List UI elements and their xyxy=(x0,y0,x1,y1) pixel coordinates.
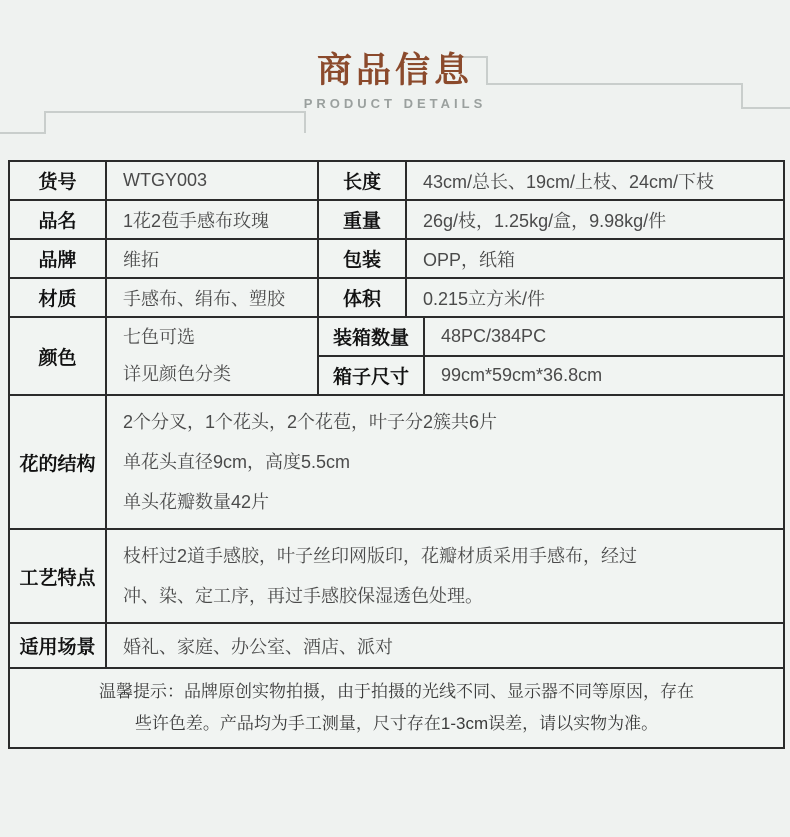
craft-line-1: 枝杆过2道手感胶，叶子丝印网版印，花瓣材质采用手感布，经过 xyxy=(123,536,783,576)
spec-label-weight: 重量 xyxy=(318,200,406,239)
spec-label-packaging: 包装 xyxy=(318,239,406,278)
spec-value-length: 43cm/总长、19cm/上枝、24cm/下枝 xyxy=(406,161,784,200)
spec-value-color: 七色可选 详见颜色分类 xyxy=(106,317,318,395)
spec-label-carton-quantity: 装箱数量 xyxy=(318,317,424,356)
structure-line-3: 单头花瓣数量42片 xyxy=(123,482,783,522)
page-header: 商品信息 PRODUCT DETAILS xyxy=(0,48,790,111)
page-subtitle: PRODUCT DETAILS xyxy=(0,96,790,111)
notice-text: 温馨提示：品牌原创实物拍摄，由于拍摄的光线不同、显示器不同等原因，存在 些许色差… xyxy=(9,668,784,748)
spec-label-volume: 体积 xyxy=(318,278,406,317)
spec-label-length: 长度 xyxy=(318,161,406,200)
table-row: 工艺特点 枝杆过2道手感胶，叶子丝印网版印，花瓣材质采用手感布，经过 冲、染、定… xyxy=(9,529,784,623)
table-row: 货号 WTGY003 长度 43cm/总长、19cm/上枝、24cm/下枝 xyxy=(9,161,784,200)
spec-value-flower-structure: 2个分叉，1个花头，2个花苞，叶子分2簇共6片 单花头直径9cm，高度5.5cm… xyxy=(106,395,784,529)
craft-line-2: 冲、染、定工序，再过手感胶保湿透色处理。 xyxy=(123,576,783,616)
structure-line-1: 2个分叉，1个花头，2个花苞，叶子分2簇共6片 xyxy=(123,402,783,442)
spec-value-carton-quantity: 48PC/384PC xyxy=(424,317,784,356)
spec-value-volume: 0.215立方米/件 xyxy=(406,278,784,317)
spec-value-product-name: 1花2苞手感布玫瑰 xyxy=(106,200,318,239)
spec-label-material: 材质 xyxy=(9,278,106,317)
page-title: 商品信息 xyxy=(0,48,790,94)
table-row: 品牌 维拓 包装 OPP，纸箱 xyxy=(9,239,784,278)
table-row: 适用场景 婚礼、家庭、办公室、酒店、派对 xyxy=(9,623,784,668)
spec-value-applicable-scenes: 婚礼、家庭、办公室、酒店、派对 xyxy=(106,623,784,668)
spec-label-craft-features: 工艺特点 xyxy=(9,529,106,623)
spec-label-product-name: 品名 xyxy=(9,200,106,239)
structure-line-2: 单花头直径9cm，高度5.5cm xyxy=(123,442,783,482)
spec-value-brand: 维拓 xyxy=(106,239,318,278)
spec-label-applicable-scenes: 适用场景 xyxy=(9,623,106,668)
notice-line-1: 温馨提示：品牌原创实物拍摄，由于拍摄的光线不同、显示器不同等原因，存在 xyxy=(10,676,783,708)
spec-label-flower-structure: 花的结构 xyxy=(9,395,106,529)
spec-value-craft-features: 枝杆过2道手感胶，叶子丝印网版印，花瓣材质采用手感布，经过 冲、染、定工序，再过… xyxy=(106,529,784,623)
color-value-line-1: 七色可选 xyxy=(123,319,317,356)
spec-label-brand: 品牌 xyxy=(9,239,106,278)
spec-label-item-number: 货号 xyxy=(9,161,106,200)
spec-value-carton-size: 99cm*59cm*36.8cm xyxy=(424,356,784,395)
table-row: 温馨提示：品牌原创实物拍摄，由于拍摄的光线不同、显示器不同等原因，存在 些许色差… xyxy=(9,668,784,748)
spec-value-item-number: WTGY003 xyxy=(106,161,318,200)
spec-value-packaging: OPP，纸箱 xyxy=(406,239,784,278)
table-row: 花的结构 2个分叉，1个花头，2个花苞，叶子分2簇共6片 单花头直径9cm，高度… xyxy=(9,395,784,529)
spec-label-carton-size: 箱子尺寸 xyxy=(318,356,424,395)
table-row: 材质 手感布、绢布、塑胶 体积 0.215立方米/件 xyxy=(9,278,784,317)
table-row: 品名 1花2苞手感布玫瑰 重量 26g/枝，1.25kg/盒，9.98kg/件 xyxy=(9,200,784,239)
table-row: 颜色 七色可选 详见颜色分类 装箱数量 48PC/384PC xyxy=(9,317,784,356)
product-spec-table: 货号 WTGY003 长度 43cm/总长、19cm/上枝、24cm/下枝 品名… xyxy=(8,160,785,749)
color-value-line-2: 详见颜色分类 xyxy=(123,356,317,393)
spec-label-color: 颜色 xyxy=(9,317,106,395)
spec-value-weight: 26g/枝，1.25kg/盒，9.98kg/件 xyxy=(406,200,784,239)
spec-value-material: 手感布、绢布、塑胶 xyxy=(106,278,318,317)
notice-line-2: 些许色差。产品均为手工测量，尺寸存在1-3cm误差，请以实物为准。 xyxy=(10,708,783,740)
product-details-page: 商品信息 PRODUCT DETAILS 货号 WTGY003 长度 43cm/… xyxy=(0,0,790,837)
